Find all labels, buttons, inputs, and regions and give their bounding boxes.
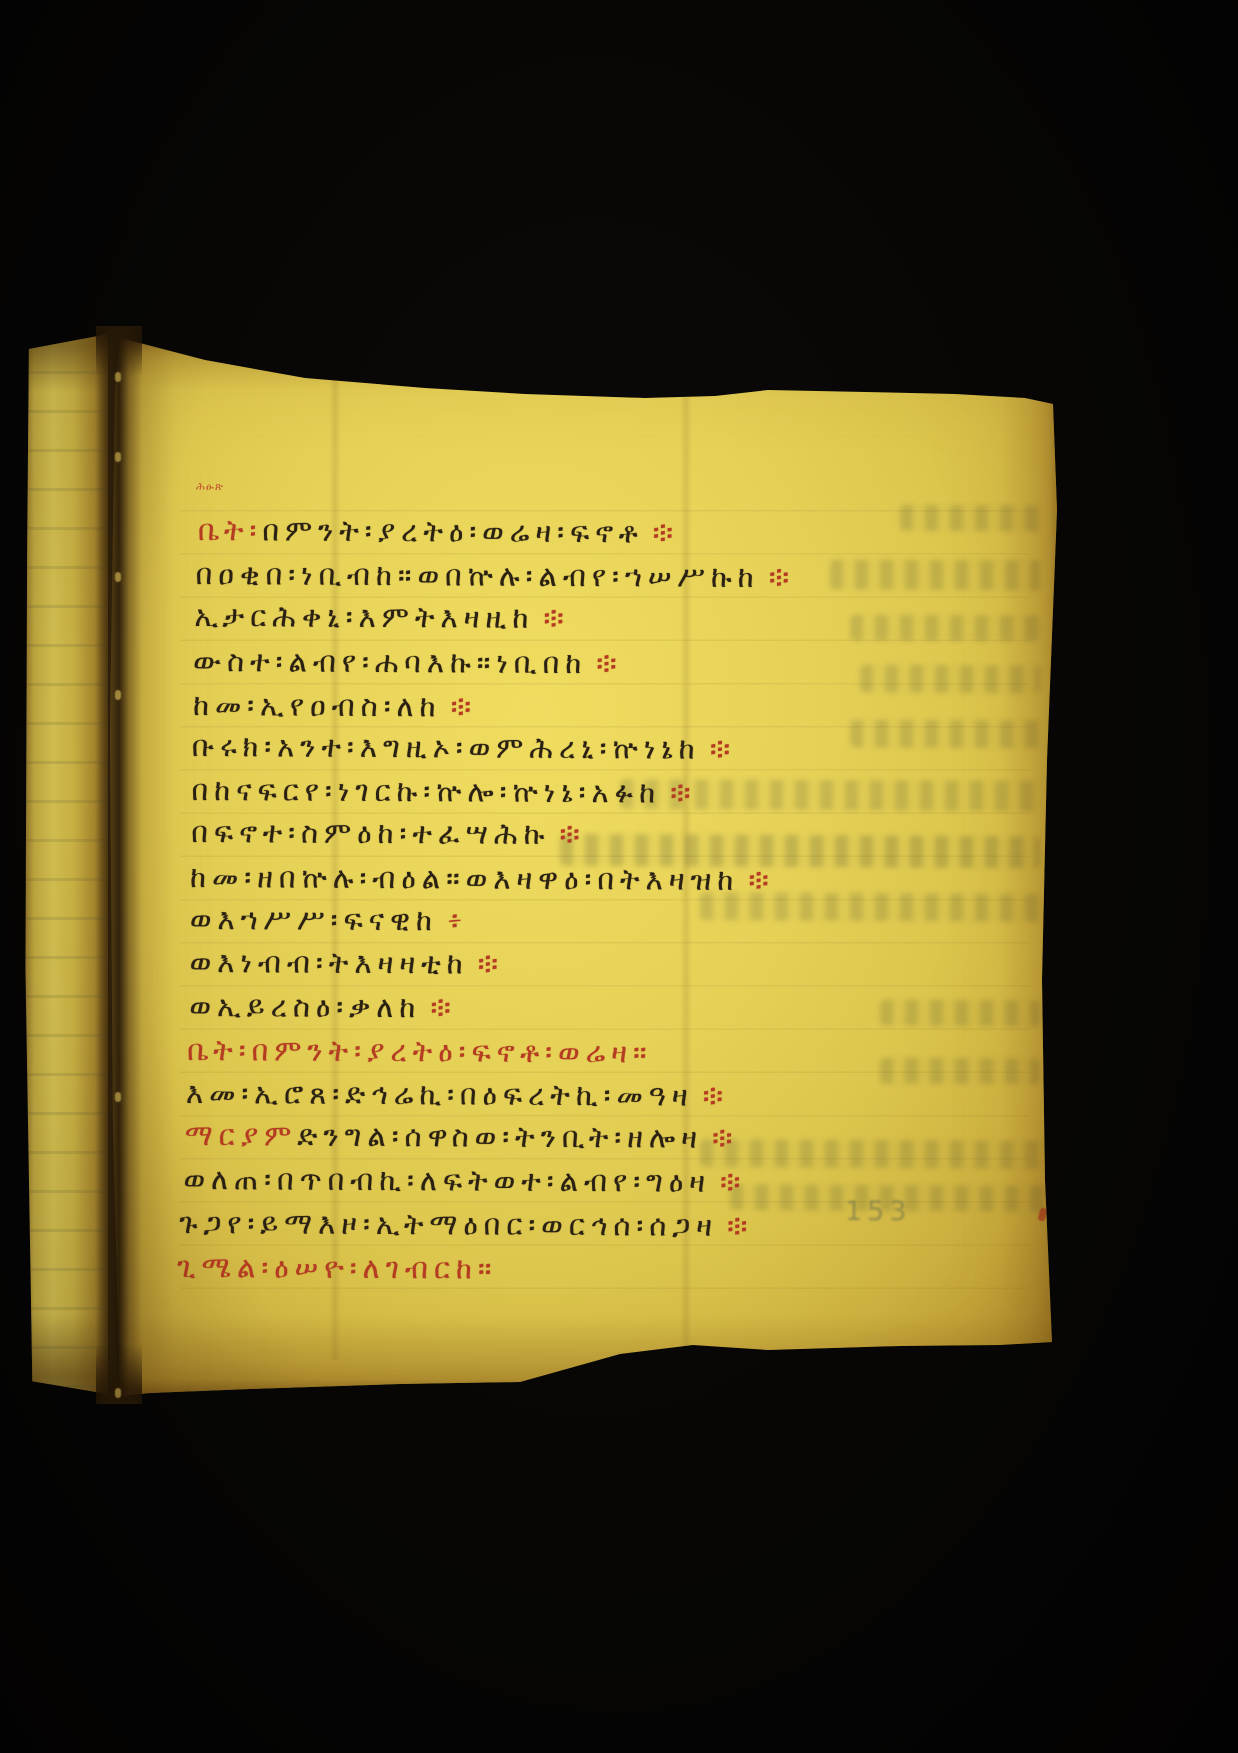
text-segment: ፨	[727, 1209, 754, 1243]
text-block: ቤት፡በምንት፡ያረትዕ፡ወሬዛ፡ፍኖቶ፨በዐቂበ፡ነቢብከ።ወበኵሉ፡ልብየ፡…	[192, 513, 1052, 518]
bleed-through-band	[700, 1139, 1050, 1169]
text-segment: ወእነብብ፡ትእዛዛቲከ	[190, 945, 469, 980]
bleed-through-band	[860, 665, 1040, 694]
text-segment: ፨	[712, 1121, 739, 1155]
text-segment: ከመ፡ዘበኵሉ፡ብዕል።ወእዛዋዕ፡በትእዛዝከ	[190, 860, 739, 897]
text-segment: ኢታርሕቀኒ፡እምትእዛዚከ	[194, 599, 534, 635]
manuscript-page: ሕፁጽ ቤት፡በምንት፡ያረትዕ፡ወሬዛ፡ፍኖቶ፨በዐቂበ፡ነቢብከ።ወበኵሉ፡…	[95, 330, 1070, 1405]
manuscript-photo: ሕፁጽ ቤት፡በምንት፡ያረትዕ፡ወሬዛ፡ፍኖቶ፨በዐቂበ፡ነቢብከ።ወበኵሉ፡…	[0, 0, 1238, 1753]
text-line: ቡሩክ፡አንተ፡እግዚኦ፡ወምሕረኒ፡ኵነኔከ፨	[192, 729, 736, 766]
text-line: በፍኖተ፡ስምዕከ፡ተፈሣሕኩ፨	[191, 815, 586, 851]
text-segment: በከናፍርየ፡ነገርኩ፡ኵሎ፡ኵነኔ፡አፉከ	[191, 773, 661, 809]
text-segment: ከመ፡ኢየዐብስ፡ለከ	[193, 688, 442, 723]
text-segment: ፨	[543, 601, 570, 635]
text-segment: ፨	[710, 732, 737, 766]
text-segment: ጊሜል፡ዕሠዮ፡ለገብርከ።	[177, 1250, 498, 1286]
text-line: በከናፍርየ፡ነገርኩ፡ኵሎ፡ኵነኔ፡አፉከ፨	[191, 773, 696, 810]
text-segment: ፨	[748, 863, 775, 897]
text-segment: ቤት፡በምንት፡ያረትዕ፡ፍኖቶ፡ወሬዛ።	[187, 1033, 653, 1069]
text-segment: ፥	[447, 903, 468, 937]
bleed-through-band	[700, 892, 1040, 922]
folio-number: 153	[845, 1196, 912, 1227]
bleed-through-band	[830, 559, 1040, 590]
text-line: ጉጋየ፡ይማእዞ፡ኢትማዕበር፡ወርኅሰ፡ሰጋዛ፨	[179, 1206, 753, 1243]
text-segment: ወለጠ፡በጥበብኪ፡ለፍትወተ፡ልብየ፡ግዕዛ	[183, 1162, 711, 1199]
text-line: ወእነብብ፡ትእዛዛቲከ፨	[190, 945, 505, 981]
text-segment: ድንግል፡ሰዋስወ፡ትንቢት፡ዘሎዛ	[297, 1118, 703, 1154]
text-segment: ፨	[670, 776, 697, 810]
text-line: ወእኀሥሥ፡ፍናዊከ፥	[190, 902, 469, 937]
text-segment: እመ፡ኢሮጸ፡ድኅሬኪ፡በዕፍረትኪ፡መዓዛ	[186, 1076, 694, 1113]
text-segment: ፨	[720, 1165, 747, 1199]
text-line: ቤት፡በምንት፡ያረትዕ፡ወሬዛ፡ፍኖቶ፨	[198, 513, 679, 550]
text-segment: በምንት፡ያረትዕ፡ወሬዛ፡ፍኖቶ	[262, 513, 644, 549]
text-segment: ወእኀሥሥ፡ፍናዊከ	[190, 902, 438, 937]
facing-page-edge	[22, 332, 108, 1394]
text-segment: ቡሩክ፡አንተ፡እግዚኦ፡ወምሕረኒ፡ኵነኔከ	[192, 729, 701, 766]
text-segment: ፨	[430, 990, 457, 1024]
bleed-through-band	[880, 1000, 1040, 1027]
text-segment: ውስተ፡ልብየ፡ሐባእኩ።ነቢበከ	[193, 644, 587, 680]
text-segment: በዐቂበ፡ነቢብከ።ወበኵሉ፡ልብየ፡ኀሠሥኩከ	[196, 557, 760, 594]
text-line: በዐቂበ፡ነቢብከ።ወበኵሉ፡ልብየ፡ኀሠሥኩከ፨	[196, 557, 796, 594]
red-edge-mark	[1038, 1207, 1048, 1221]
text-segment: ፨	[478, 947, 505, 981]
bleed-through-band	[850, 615, 1040, 642]
marginal-gloss: ሕፁጽ	[196, 480, 224, 494]
text-segment: ማርያም	[185, 1118, 298, 1153]
bleed-through-band	[900, 505, 1040, 532]
text-segment: ወኢይረስዕ፡ቃለከ	[189, 989, 421, 1024]
bleed-through-band	[880, 1058, 1040, 1085]
text-line: ወኢይረስዕ፡ቃለከ፨	[189, 989, 456, 1024]
text-line: እመ፡ኢሮጸ፡ድኅሬኪ፡በዕፍረትኪ፡መዓዛ፨	[186, 1076, 729, 1113]
text-segment: ፨	[451, 689, 478, 723]
text-segment: ቤት፡	[198, 513, 263, 547]
text-segment: ፨	[653, 515, 680, 549]
text-line: ቤት፡በምንት፡ያረትዕ፡ፍኖቶ፡ወሬዛ።	[187, 1033, 653, 1069]
text-segment: ፨	[769, 560, 796, 594]
text-segment: ጉጋየ፡ይማእዞ፡ኢትማዕበር፡ወርኅሰ፡ሰጋዛ	[179, 1206, 718, 1243]
text-line: ማርያምድንግል፡ሰዋስወ፡ትንቢት፡ዘሎዛ፨	[185, 1118, 739, 1155]
text-segment: ፨	[596, 646, 623, 680]
text-line: ከመ፡ዘበኵሉ፡ብዕል።ወእዛዋዕ፡በትእዛዝከ፨	[190, 860, 775, 897]
text-line: ኢታርሕቀኒ፡እምትእዛዚከ፨	[194, 599, 570, 635]
text-segment: በፍኖተ፡ስምዕከ፡ተፈሣሕኩ	[191, 815, 550, 851]
text-segment: ፨	[559, 817, 586, 851]
text-line: ወለጠ፡በጥበብኪ፡ለፍትወተ፡ልብየ፡ግዕዛ፨	[183, 1162, 746, 1199]
text-line: ውስተ፡ልብየ፡ሐባእኩ።ነቢበከ፨	[193, 644, 623, 680]
bleed-through-band	[850, 720, 1040, 749]
text-line: ከመ፡ኢየዐብስ፡ለከ፨	[193, 688, 477, 723]
text-line: ጊሜል፡ዕሠዮ፡ለገብርከ።	[177, 1250, 498, 1286]
text-segment: ፨	[703, 1078, 730, 1112]
